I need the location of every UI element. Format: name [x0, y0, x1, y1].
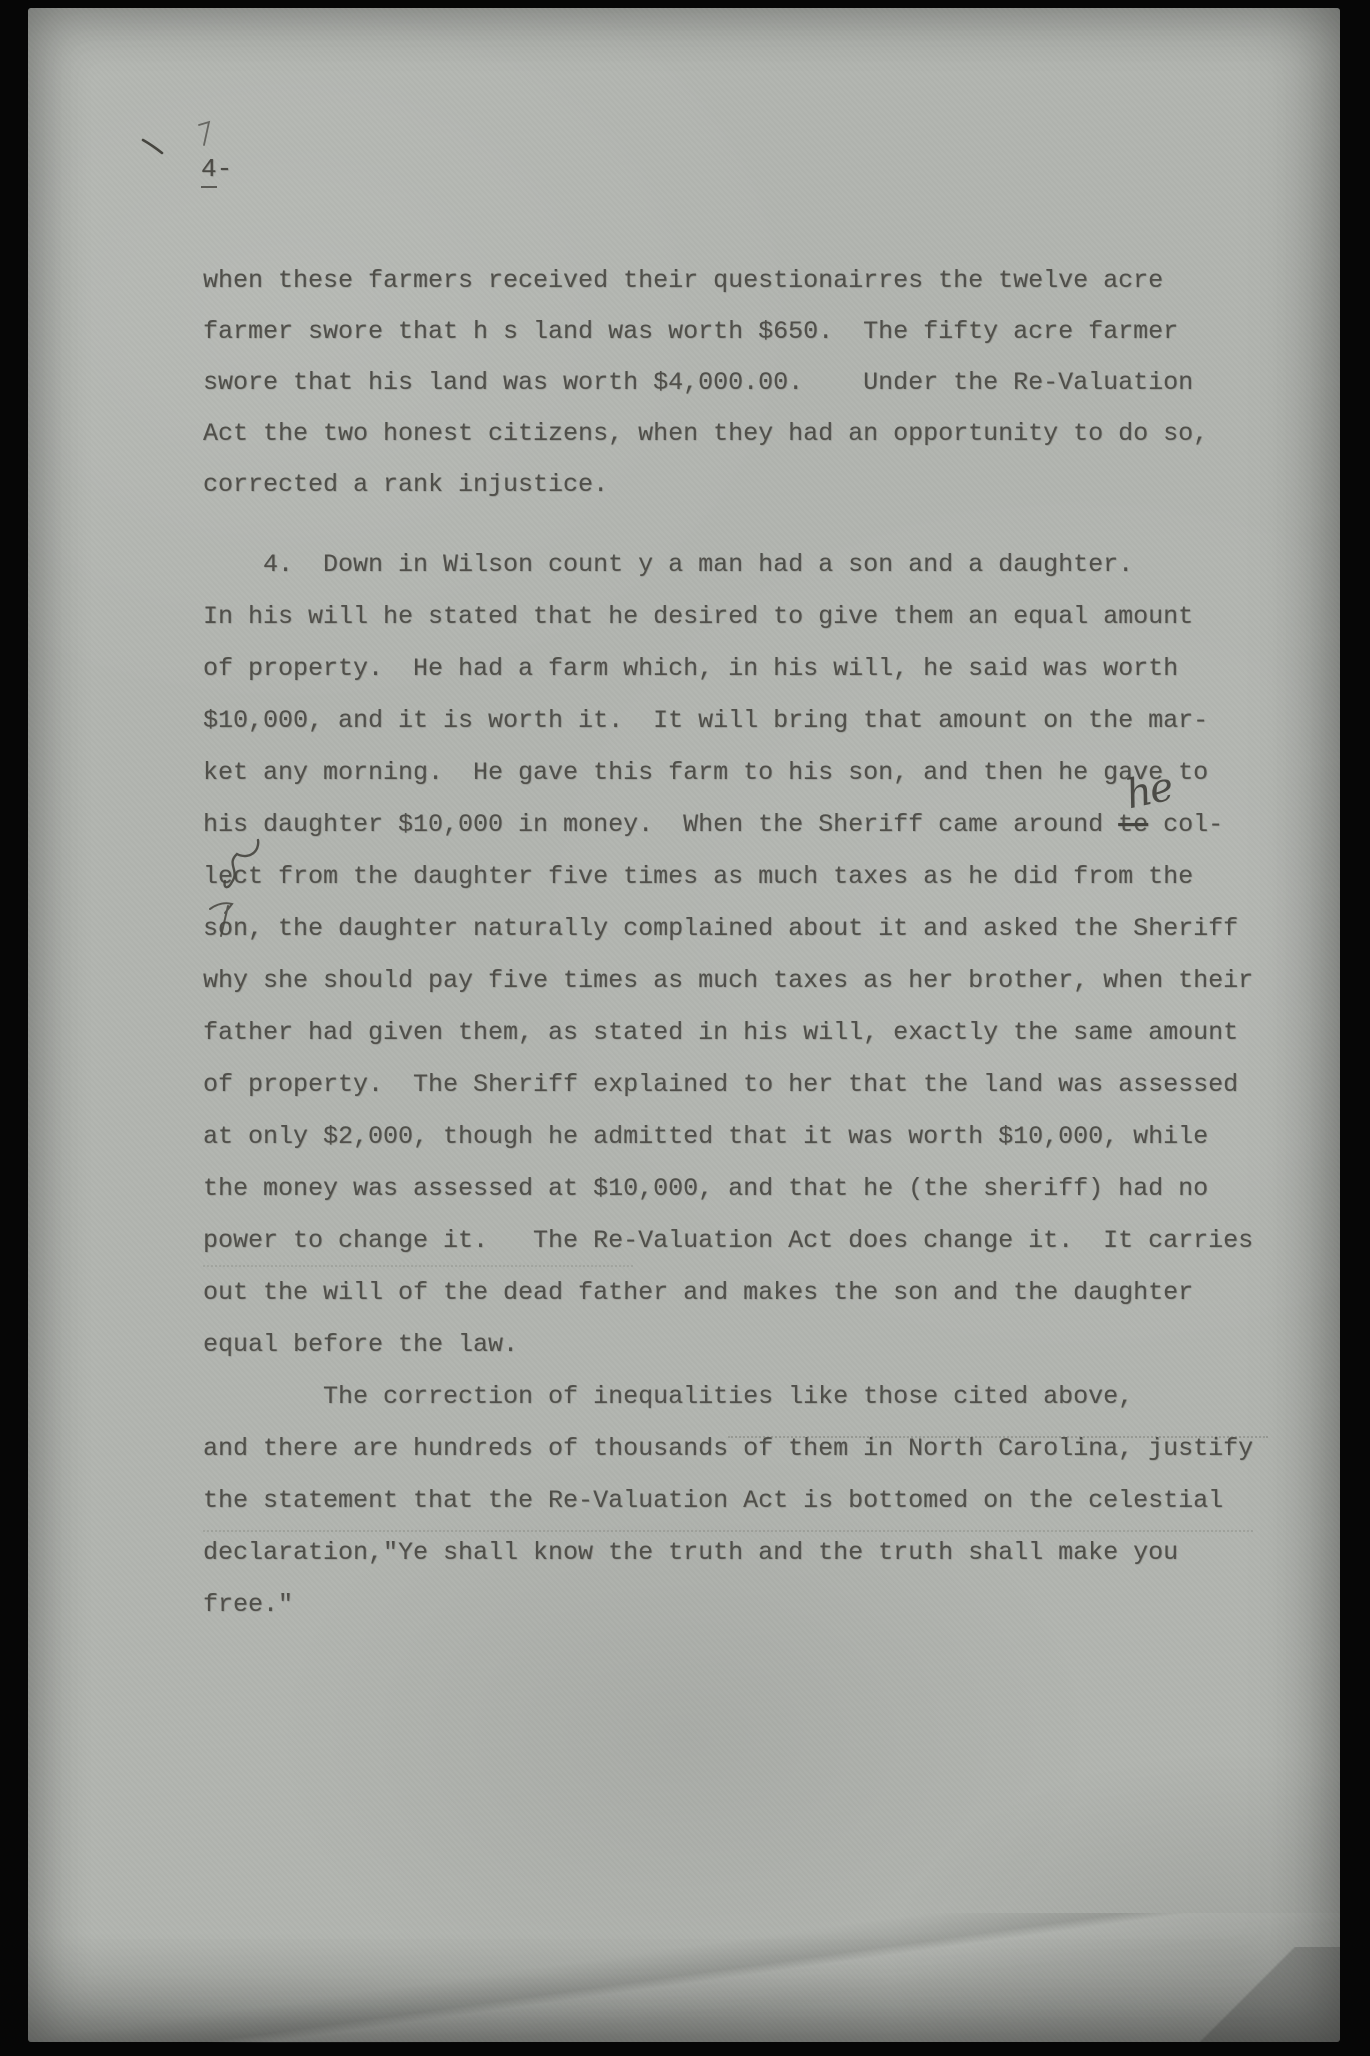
- text-line: of property. He had a farm which, in his…: [203, 643, 1253, 695]
- handwritten-insertion-mark: [218, 836, 266, 900]
- text-line: corrected a rank injustice.: [203, 459, 1208, 510]
- line-segment: his daughter $10,000 in money. When the …: [203, 810, 1118, 839]
- ghost-impression-line: [203, 1265, 633, 1267]
- scanned-page-background: 4- when these farmers received their que…: [0, 0, 1370, 2056]
- text-line: ket any morning. He gave this farm to hi…: [203, 747, 1253, 799]
- text-line: power to change it. The Re-Valuation Act…: [203, 1215, 1253, 1267]
- paragraph: 4. Down in Wilson count y a man had a so…: [203, 539, 1253, 1371]
- text-line: 4. Down in Wilson count y a man had a so…: [203, 539, 1253, 591]
- text-line: the statement that the Re-Valuation Act …: [203, 1475, 1253, 1527]
- text-line: and there are hundreds of thousands of t…: [203, 1423, 1253, 1475]
- page-number: 4-: [201, 154, 232, 184]
- text-line: of property. The Sheriff explained to he…: [203, 1059, 1253, 1111]
- text-line: declaration,"Ye shall know the truth and…: [203, 1527, 1253, 1579]
- text-line: $10,000, and it is worth it. It will bri…: [203, 695, 1253, 747]
- text-line-with-correction: his daughter $10,000 in money. When the …: [203, 799, 1253, 851]
- ghost-impression-line: [728, 1436, 1268, 1438]
- text-line: son, the daughter naturally complained a…: [203, 903, 1253, 955]
- text-line: why she should pay five times as much ta…: [203, 955, 1253, 1007]
- paragraph: The correction of inequalities like thos…: [203, 1371, 1253, 1631]
- handwritten-insertion-word: he: [1122, 764, 1176, 818]
- text-line: farmer swore that h s land was worth $65…: [203, 306, 1208, 357]
- bottom-edge-shadow: [28, 1932, 1340, 2042]
- paragraph: when these farmers received their questi…: [203, 255, 1208, 510]
- text-line: equal before the law.: [203, 1319, 1253, 1371]
- pen-mark: [196, 120, 214, 148]
- text-line: In his will he stated that he desired to…: [203, 591, 1253, 643]
- text-line: father had given them, as stated in his …: [203, 1007, 1253, 1059]
- text-line: swore that his land was worth $4,000.00.…: [203, 357, 1208, 408]
- pen-mark: [140, 136, 166, 156]
- text-line: lect from the daughter five times as muc…: [203, 851, 1253, 903]
- ghost-impression-line: [203, 1530, 1253, 1532]
- page-number-underline-mark: [201, 186, 217, 188]
- text-line: when these farmers received their questi…: [203, 255, 1208, 306]
- text-line: The correction of inequalities like thos…: [203, 1371, 1253, 1423]
- text-line: free.": [203, 1579, 1253, 1631]
- line-segment: col-: [1148, 810, 1223, 839]
- text-line: the money was assessed at $10,000, and t…: [203, 1163, 1253, 1215]
- paper-sheet: 4- when these farmers received their que…: [28, 8, 1340, 2042]
- text-line: at only $2,000, though he admitted that …: [203, 1111, 1253, 1163]
- text-line: out the will of the dead father and make…: [203, 1267, 1253, 1319]
- text-line: Act the two honest citizens, when they h…: [203, 408, 1208, 459]
- handwritten-caret-mark: [206, 900, 238, 940]
